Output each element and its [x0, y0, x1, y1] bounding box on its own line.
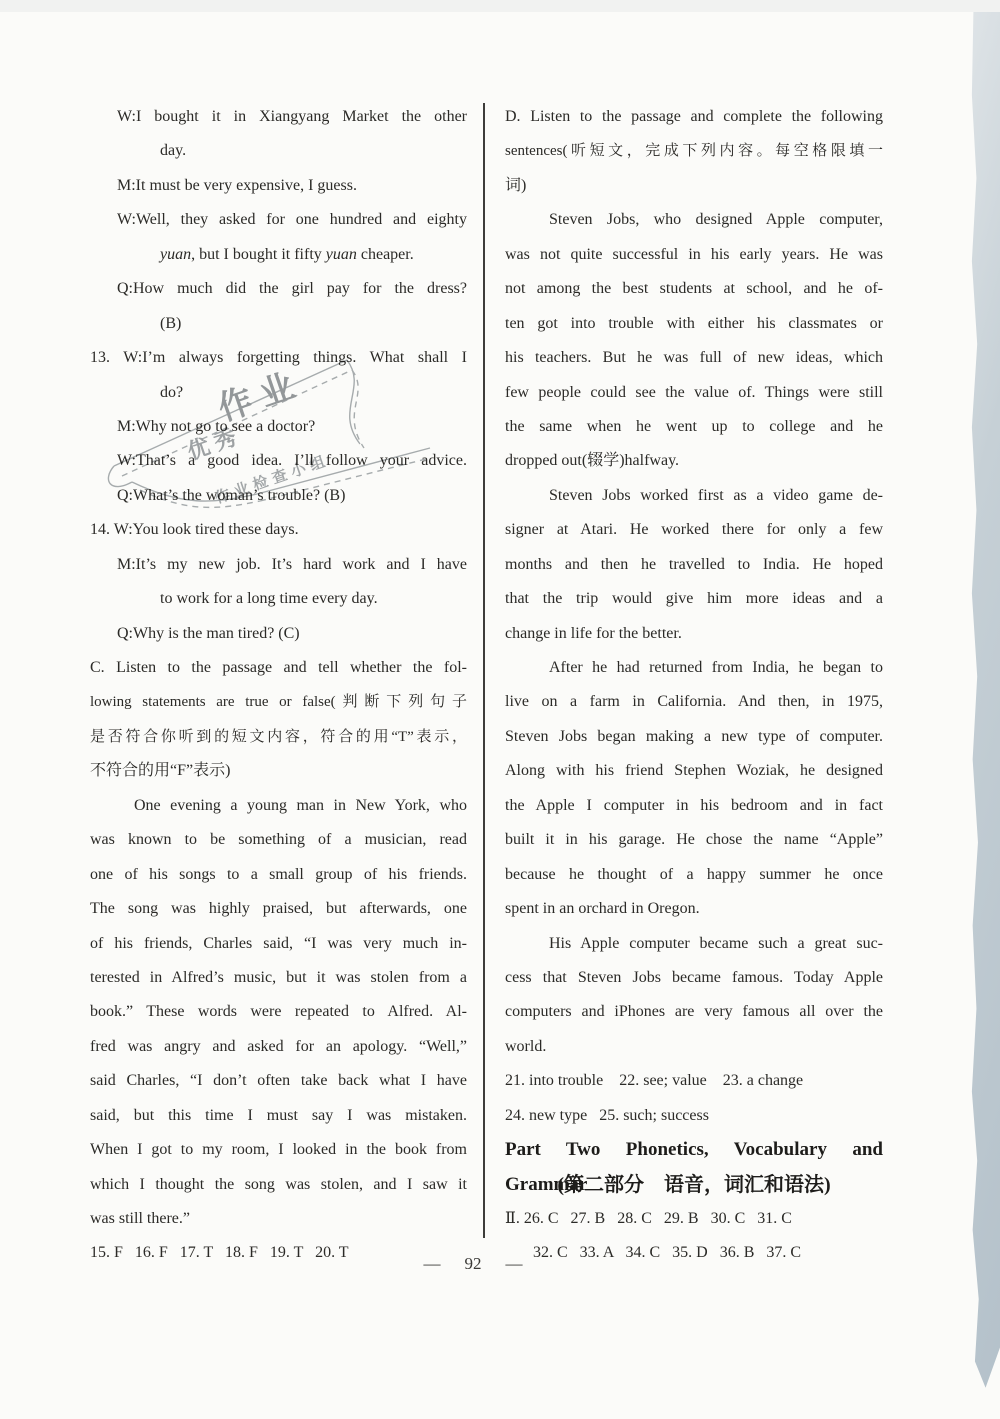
text-line: sentences(听短文，完成下列内容。每空格限填一: [505, 134, 883, 168]
page-number: — 92 —: [393, 1254, 553, 1274]
text-line: was known to be something of a musician,…: [90, 823, 467, 857]
text-line: book.” These words were repeated to Alfr…: [90, 995, 467, 1029]
text-line: One evening a young man in New York, who: [90, 789, 467, 823]
text-line: W:That’s a good idea. I’ll follow your a…: [90, 444, 467, 478]
text-line: 21. into trouble 22. see; value 23. a ch…: [505, 1064, 883, 1098]
page-number-dash-left: —: [424, 1254, 441, 1274]
text-line: months and then he travelled to India. H…: [505, 548, 883, 582]
text-line: do?: [90, 376, 467, 410]
page-number-dash-right: —: [506, 1254, 523, 1274]
text-line: few people could see the value of. Thing…: [505, 376, 883, 410]
text-line: 是否符合你听到的短文内容，符合的用“T”表示，: [90, 720, 467, 754]
text-line: Steven Jobs, who designed Apple computer…: [505, 203, 883, 237]
text-line: the same when he went up to college and …: [505, 410, 883, 444]
text-line: said Charles, “I don’t often take back w…: [90, 1064, 467, 1098]
text-line: M:Why not go to see a doctor?: [90, 410, 467, 444]
text-line: to work for a long time every day.: [90, 582, 467, 616]
text-line: Q:What’s the woman’s trouble? (B): [90, 479, 467, 513]
text-line: yuan, but I bought it fifty yuan cheaper…: [90, 238, 467, 272]
text-line: signer at Atari. He worked there for onl…: [505, 513, 883, 547]
text-line: 24. new type 25. such; success: [505, 1099, 883, 1133]
text-line: dropped out(辍学)halfway.: [505, 444, 883, 478]
text-line: terested in Alfred’s music, but it was s…: [90, 961, 467, 995]
text-line: The song was highly praised, but afterwa…: [90, 892, 467, 926]
text-line: 词): [505, 169, 883, 203]
text-line: M:It must be very expensive, I guess.: [90, 169, 467, 203]
text-line: 32. C 33. A 34. C 35. D 36. B 37. C: [505, 1236, 883, 1270]
text-line: Steven Jobs began making a new type of c…: [505, 720, 883, 754]
text-line: world.: [505, 1030, 883, 1064]
text-line: change in life for the better.: [505, 617, 883, 651]
text-line: C. Listen to the passage and tell whethe…: [90, 651, 467, 685]
text-line: After he had returned from India, he beg…: [505, 651, 883, 685]
text-line: cess that Steven Jobs became famous. Tod…: [505, 961, 883, 995]
text-line: Part Two Phonetics, Vocabulary and Gramm…: [505, 1133, 883, 1167]
text-line: fred was angry and asked for an apology.…: [90, 1030, 467, 1064]
text-line: his teachers. But he was full of new ide…: [505, 341, 883, 375]
text-line: one of his songs to a small group of his…: [90, 858, 467, 892]
page-number-value: 92: [465, 1254, 482, 1274]
text-line: Q:Why is the man tired? (C): [90, 617, 467, 651]
text-line: W:Well, they asked for one hundred and e…: [90, 203, 467, 237]
text-line: built it in his garage. He chose the nam…: [505, 823, 883, 857]
text-line: spent in an orchard in Oregon.: [505, 892, 883, 926]
left-column: W:I bought it in Xiangyang Market the ot…: [90, 100, 467, 1271]
text-line: Ⅱ. 26. C 27. B 28. C 29. B 30. C 31. C: [505, 1202, 883, 1236]
text-line: computers and iPhones are very famous al…: [505, 995, 883, 1029]
text-line: (B): [90, 307, 467, 341]
text-line: D. Listen to the passage and complete th…: [505, 100, 883, 134]
column-divider: [483, 103, 485, 1238]
right-column: D. Listen to the passage and complete th…: [505, 100, 883, 1271]
scan-top-edge: [0, 0, 1000, 12]
text-line: which I thought the song was stolen, and…: [90, 1168, 467, 1202]
text-line: because he thought of a happy summer he …: [505, 858, 883, 892]
text-line: 14. W:You look tired these days.: [90, 513, 467, 547]
text-line: His Apple computer became such a great s…: [505, 927, 883, 961]
text-line: Q:How much did the girl pay for the dres…: [90, 272, 467, 306]
text-line: was not quite successful in his early ye…: [505, 238, 883, 272]
text-line: of his friends, Charles said, “I was ver…: [90, 927, 467, 961]
text-line: was still there.”: [90, 1202, 467, 1236]
text-line: live on a farm in California. And then, …: [505, 685, 883, 719]
text-line: When I got to my room, I looked in the b…: [90, 1133, 467, 1167]
text-line: W:I bought it in Xiangyang Market the ot…: [90, 100, 467, 134]
scan-paper-edge: [962, 12, 1000, 1396]
text-line: Along with his friend Stephen Woziak, he…: [505, 754, 883, 788]
text-line: (第二部分 语音，词汇和语法): [505, 1168, 883, 1202]
text-line: lowing statements are true or false(判断下列…: [90, 685, 467, 719]
text-line: 不符合的用“F”表示): [90, 754, 467, 788]
text-line: day.: [90, 134, 467, 168]
text-line: Steven Jobs worked first as a video game…: [505, 479, 883, 513]
text-line: ten got into trouble with either his cla…: [505, 307, 883, 341]
text-line: 13. W:I’m always forgetting things. What…: [90, 341, 467, 375]
text-line: not among the best students at school, a…: [505, 272, 883, 306]
text-line: that the trip would give him more ideas …: [505, 582, 883, 616]
text-line: M:It’s my new job. It’s hard work and I …: [90, 548, 467, 582]
text-line: said, but this time I must say I was mis…: [90, 1099, 467, 1133]
text-line: the Apple I computer in his bedroom and …: [505, 789, 883, 823]
